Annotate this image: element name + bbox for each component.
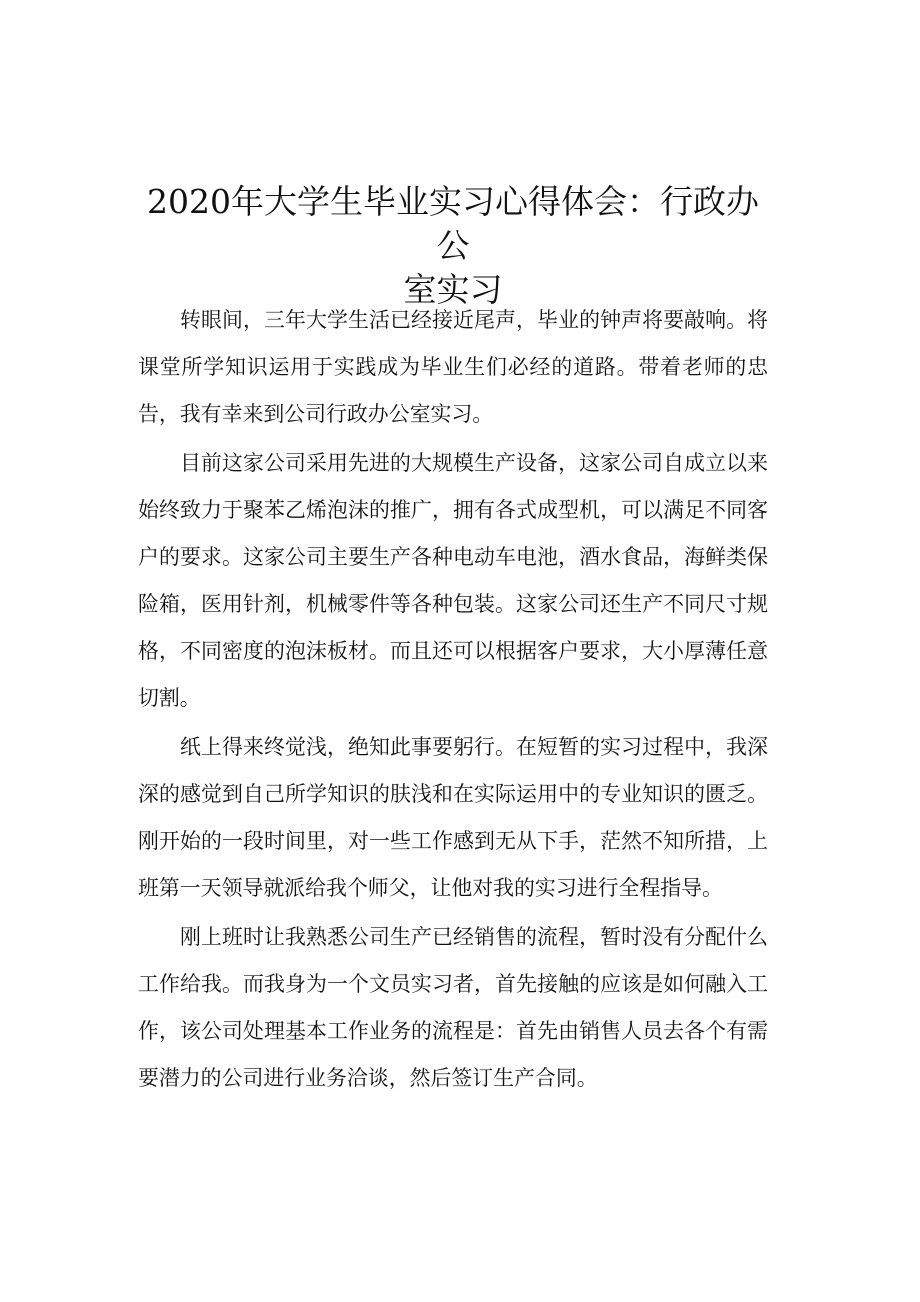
paragraph-1: 转眼间，三年大学生活已经接近尾声，毕业的钟声将要敲响。将课堂所学知识运用于实践成… (138, 297, 768, 438)
document-title: 2020年大学生毕业实习心得体会：行政办公 室实习 (138, 180, 768, 312)
document-body: 转眼间，三年大学生活已经接近尾声，毕业的钟声将要敲响。将课堂所学知识运用于实践成… (138, 297, 768, 1104)
paragraph-2: 目前这家公司采用先进的大规模生产设备，这家公司自成立以来始终致力于聚苯乙烯泡沫的… (138, 440, 768, 722)
paragraph-3: 纸上得来终觉浅，绝知此事要躬行。在短暂的实习过程中，我深深的感觉到自己所学知识的… (138, 724, 768, 912)
title-line-1: 2020年大学生毕业实习心得体会：行政办公 (147, 182, 759, 265)
paragraph-4: 刚上班时让我熟悉公司生产已经销售的流程，暂时没有分配什么工作给我。而我身为一个文… (138, 914, 768, 1102)
